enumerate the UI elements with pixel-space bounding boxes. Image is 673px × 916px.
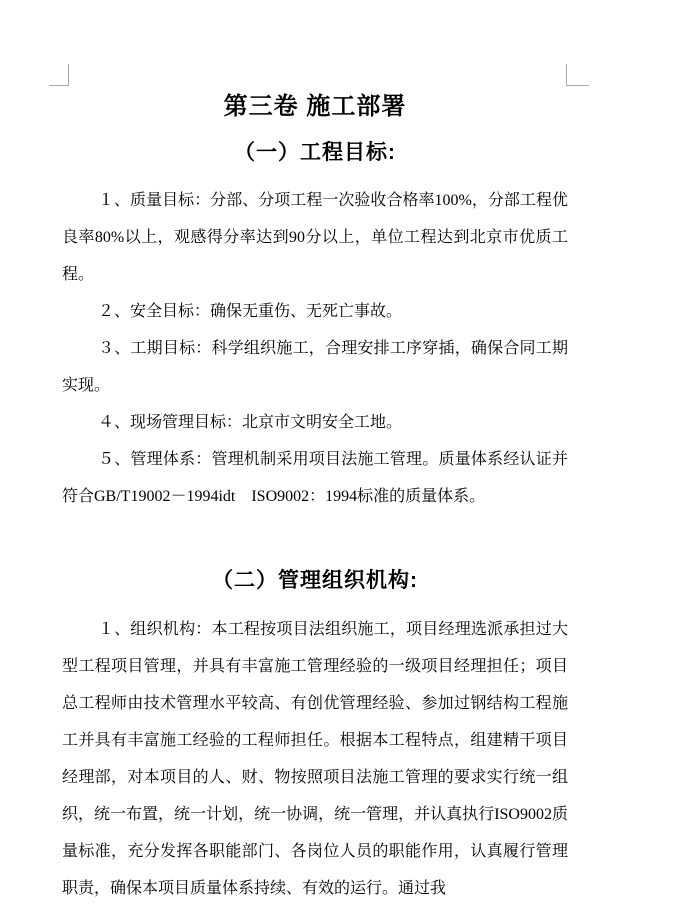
paragraph-management-system: ５、管理体系：管理机制采用项目法施工管理。质量体系经认证并符合GB/T19002… [62,441,568,515]
paragraph-site-management-goal: ４、现场管理目标：北京市文明安全工地。 [62,404,568,441]
section-project-goals: （一）工程目标: １、质量目标：分部、分项工程一次验收合格率100%，分部工程优… [62,139,568,515]
section-heading-management-organization: （二）管理组织机构: [62,567,568,595]
document-title: 第三卷 施工部署 [62,92,568,122]
section-management-organization: （二）管理组织机构: １、组织机构：本工程按项目法组织施工，项目经理选派承担过大… [62,567,568,907]
paragraph-organization-structure: １、组织机构：本工程按项目法组织施工，项目经理选派承担过大型工程项目管理，并具有… [62,611,568,907]
paragraph-safety-goal: ２、安全目标：确保无重伤、无死亡事故。 [62,293,568,330]
paragraph-schedule-goal: ３、工期目标：科学组织施工，合理安排工序穿插，确保合同工期实现。 [62,330,568,404]
document-content: 第三卷 施工部署 （一）工程目标: １、质量目标：分部、分项工程一次验收合格率1… [62,0,568,907]
margin-corner-mark-right [566,64,589,86]
paragraph-quality-goal: １、质量目标：分部、分项工程一次验收合格率100%，分部工程优良率80%以上，观… [62,182,568,293]
section-heading-project-goals: （一）工程目标: [62,139,568,167]
document-page: 第三卷 施工部署 （一）工程目标: １、质量目标：分部、分项工程一次验收合格率1… [0,0,673,916]
